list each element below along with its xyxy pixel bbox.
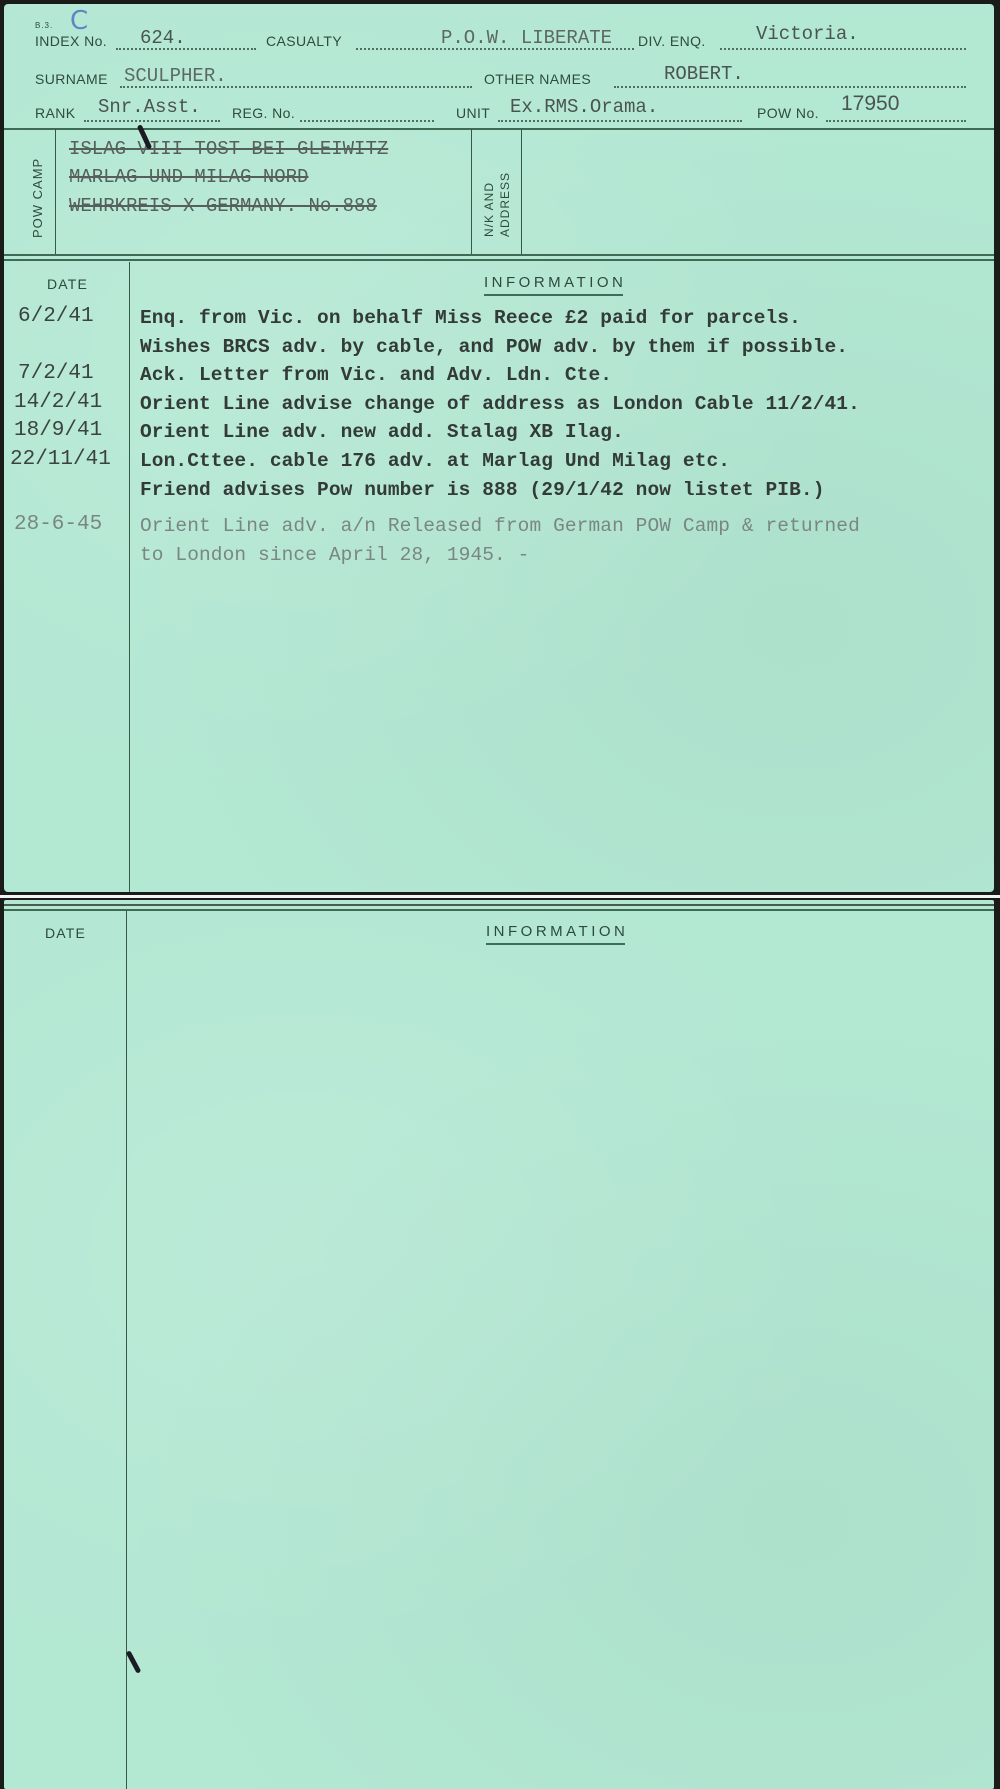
entry-text-line: to London since April 28, 1945. - (140, 544, 529, 566)
unit-value: Ex.RMS.Orama. (510, 96, 658, 118)
casualty-label: CASUALTY (266, 33, 342, 49)
back-ink-mark (126, 1650, 142, 1674)
entry-text-line: Friend advises Pow number is 888 (29/1/4… (140, 479, 825, 501)
entry-text-line: Lon.Cttee. cable 176 adv. at Marlag Und … (140, 450, 730, 472)
pow-box-top-rule (4, 128, 994, 130)
other-names-value: ROBERT. (664, 63, 744, 85)
reg-no-dots (300, 120, 434, 122)
card-separator (0, 893, 1000, 899)
entry-date: 6/2/41 (18, 305, 94, 328)
nk-address-left-divider (471, 129, 472, 255)
reg-no-label: REG. No. (232, 105, 295, 121)
back-information-header: INFORMATION (486, 923, 628, 940)
handwritten-mark: C (70, 6, 88, 36)
casualty-value: P.O.W. LIBERATE (441, 27, 612, 49)
form-code: B.3. (35, 21, 53, 30)
unit-dots (498, 120, 742, 122)
div-enq-label: DIV. ENQ. (638, 33, 706, 49)
index-no-label: INDEX No. (35, 33, 107, 49)
pow-no-value: 17950 (841, 92, 899, 116)
rank-label: RANK (35, 105, 76, 121)
pow-camp-line-1: ISLAG-VIII-TOST-BEI-GLEIWITZ (69, 138, 388, 160)
index-no-dots (116, 48, 256, 50)
nk-address-right-divider (521, 129, 522, 255)
pow-camp-line-3: WEHRKREIS-X-GERMANY.-No.888 (69, 195, 377, 217)
date-header: DATE (47, 276, 88, 292)
back-double-rule-bottom (4, 909, 994, 911)
pow-no-label: POW No. (757, 105, 819, 121)
entry-date: 7/2/41 (18, 362, 94, 385)
entry-date: 18/9/41 (14, 419, 102, 442)
entry-text-line: Orient Line adv. a/n Released from Germa… (140, 515, 860, 537)
pow-camp-divider (55, 129, 56, 255)
entry-text-line: Ack. Letter from Vic. and Adv. Ldn. Cte. (140, 364, 612, 386)
div-enq-dots (720, 48, 966, 50)
rank-dots (84, 120, 220, 122)
entry-date: 22/11/41 (10, 448, 111, 471)
pow-camp-line-2: MARLAG-UND-MILAG-NORD (69, 166, 308, 188)
entry-text-line: Orient Line adv. new add. Stalag XB Ilag… (140, 421, 624, 443)
date-column-divider (129, 262, 130, 892)
entry-date: 14/2/41 (14, 391, 102, 414)
surname-value: SCULPHER. (124, 65, 227, 87)
nk-address-label-1: N/K AND (482, 182, 496, 237)
entry-text-line: Wishes BRCS adv. by cable, and POW adv. … (140, 336, 848, 358)
pow-camp-label: POW CAMP (30, 158, 45, 238)
index-no-value: 624. (140, 27, 186, 49)
div-enq-value: Victoria. (756, 23, 859, 45)
entry-text-line: Enq. from Vic. on behalf Miss Reece £2 p… (140, 307, 801, 329)
entry-text-line: Orient Line advise change of address as … (140, 393, 860, 415)
rank-value: Snr.Asst. (98, 96, 201, 118)
pow-no-dots (826, 120, 966, 122)
back-date-header: DATE (45, 925, 86, 941)
back-date-column-divider (126, 911, 127, 1789)
card-back: DATE INFORMATION (4, 900, 994, 1789)
double-rule-top (4, 254, 994, 256)
double-rule-bottom (4, 259, 994, 261)
card-front: B.3. C INDEX No. 624. CASUALTY P.O.W. LI… (4, 4, 994, 892)
nk-address-label-2: ADDRESS (498, 172, 512, 237)
surname-label: SURNAME (35, 71, 108, 87)
information-header: INFORMATION (484, 274, 626, 291)
unit-label: UNIT (456, 105, 490, 121)
back-double-rule-top (4, 904, 994, 906)
other-names-label: OTHER NAMES (484, 71, 591, 87)
other-names-dots (614, 86, 966, 88)
entry-date: 28-6-45 (14, 513, 102, 536)
